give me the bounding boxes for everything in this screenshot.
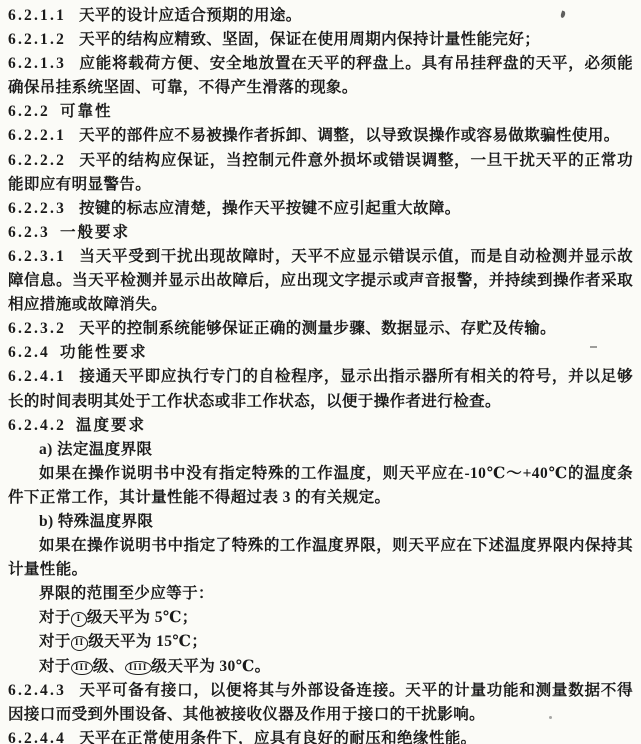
- paragraph-text: 界限的范围至少应等于：: [39, 585, 214, 602]
- clause-text: 天平在正常使用条件下，应具有良好的耐压和绝缘性能。: [79, 730, 477, 744]
- paragraph-limit-range: 界限的范围至少应等于：: [8, 582, 633, 606]
- paragraph-text: a) 法定温度界限: [39, 441, 152, 458]
- clause-6-2-2-1: 6.2.2.1天平的部件应不易被操作者拆卸、调整，以导致误操作或容易做欺骗性使用…: [8, 124, 633, 148]
- clause-text: 天平的设计应适合预期的用途。: [79, 7, 302, 24]
- clause-number: 6.2.1.1: [8, 7, 66, 24]
- clause-number: 6.2.4.2: [8, 417, 66, 434]
- clause-number: 6.2.2.3: [8, 200, 66, 217]
- document-page: 6.2.1.1天平的设计应适合预期的用途。 6.2.1.2天平的结构应精致、坚固…: [0, 0, 641, 744]
- clause-text: 天平的结构应保证，当控制元件意外损坏或错误调整，一旦干扰天平的正常功能即应有明显…: [8, 152, 633, 193]
- class-limit-line-III-IIII: 对于III级、IIII级天平为 30℃。: [8, 655, 633, 679]
- paragraph-special-temp: 如果在操作说明书中指定了特殊的工作温度界限，则天平应在下述温度界限内保持其计量性…: [8, 534, 633, 582]
- clause-number: 6.2.2: [8, 103, 50, 120]
- list-item-a: a) 法定温度界限: [8, 438, 633, 462]
- clause-6-2-2-3: 6.2.2.3按键的标志应清楚，操作天平按键不应引起重大故障。: [8, 197, 633, 221]
- clause-number: 6.2.3.1: [8, 248, 66, 265]
- heading-6-2-2: 6.2.2可靠性: [8, 100, 633, 124]
- paragraph-text: 级天平为 15℃；: [88, 633, 207, 650]
- list-item-b: b) 特殊温度界限: [8, 510, 633, 534]
- heading-6-2-4: 6.2.4功能性要求: [8, 341, 633, 365]
- clause-text: 接通天平即应执行专门的自检程序，显示出指示器所有相关的符号，并以足够长的时间表明…: [8, 368, 633, 409]
- paragraph-text: 如果在操作说明书中没有指定特殊的工作温度，则天平应在-10℃～+40℃的温度条件…: [8, 465, 633, 506]
- clause-number: 6.2.4.4: [8, 730, 66, 744]
- clause-number: 6.2.1.3: [8, 55, 66, 72]
- scan-artifact-dash: [590, 346, 597, 348]
- accuracy-class-I-symbol: I: [71, 612, 87, 627]
- paragraph-text: 如果在操作说明书中指定了特殊的工作温度界限，则天平应在下述温度界限内保持其计量性…: [8, 537, 633, 578]
- paragraph-text: 对于: [39, 609, 71, 626]
- clause-number: 6.2.2.1: [8, 127, 66, 144]
- clause-text: 天平的结构应精致、坚固，保证在使用周期内保持计量性能完好；: [79, 31, 540, 48]
- heading-text: 可靠性: [60, 103, 113, 120]
- clause-text: 当天平受到干扰出现故障时，天平不应显示错误示值，而是自动检测并显示故障信息。当天…: [8, 248, 633, 313]
- scan-artifact-dot: [549, 716, 552, 719]
- clause-number: 6.2.4: [8, 344, 50, 361]
- accuracy-class-IIII-symbol: IIII: [125, 661, 152, 676]
- clause-number: 6.2.3.2: [8, 320, 66, 337]
- heading-text: 功能性要求: [60, 344, 148, 361]
- clause-number: 6.2.3: [8, 224, 50, 241]
- clause-number: 6.2.4.3: [8, 682, 66, 699]
- class-limit-line-II: 对于II级天平为 15℃；: [8, 630, 633, 654]
- heading-text: 温度要求: [76, 417, 146, 434]
- paragraph-text: b) 特殊温度界限: [39, 513, 153, 530]
- clause-number: 6.2.4.1: [8, 368, 66, 385]
- paragraph-text: 级天平为 30℃。: [152, 658, 271, 675]
- clause-6-2-3-2: 6.2.3.2天平的控制系统能够保证正确的测量步骤、数据显示、存贮及传输。: [8, 317, 633, 341]
- clause-number: 6.2.2.2: [8, 152, 66, 169]
- clause-6-2-1-2: 6.2.1.2天平的结构应精致、坚固，保证在使用周期内保持计量性能完好；: [8, 28, 633, 52]
- paragraph-legal-temp: 如果在操作说明书中没有指定特殊的工作温度，则天平应在-10℃～+40℃的温度条件…: [8, 462, 633, 510]
- clause-6-2-1-3: 6.2.1.3应能将载荷方便、安全地放置在天平的秤盘上。具有吊挂秤盘的天平，必须…: [8, 52, 633, 100]
- clause-text: 天平的控制系统能够保证正确的测量步骤、数据显示、存贮及传输。: [79, 320, 556, 337]
- clause-text: 天平可备有接口，以便将其与外部设备连接。天平的计量功能和测量数据不得因接口而受到…: [8, 682, 633, 723]
- clause-6-2-4-4: 6.2.4.4天平在正常使用条件下，应具有良好的耐压和绝缘性能。: [8, 727, 633, 744]
- paragraph-text: 级、: [93, 658, 125, 675]
- heading-text: 一般要求: [60, 224, 130, 241]
- clause-number: 6.2.1.2: [8, 31, 66, 48]
- class-limit-line-I: 对于I级天平为 5℃；: [8, 606, 633, 630]
- accuracy-class-III-symbol: III: [71, 661, 93, 676]
- paragraph-text: 对于: [39, 658, 71, 675]
- clause-text: 按键的标志应清楚，操作天平按键不应引起重大故障。: [79, 200, 461, 217]
- clause-6-2-2-2: 6.2.2.2天平的结构应保证，当控制元件意外损坏或错误调整，一旦干扰天平的正常…: [8, 149, 633, 197]
- clause-6-2-4-1: 6.2.4.1接通天平即应执行专门的自检程序，显示出指示器所有相关的符号，并以足…: [8, 365, 633, 413]
- clause-6-2-1-1: 6.2.1.1天平的设计应适合预期的用途。: [8, 4, 633, 28]
- clause-6-2-4-3: 6.2.4.3天平可备有接口，以便将其与外部设备连接。天平的计量功能和测量数据不…: [8, 679, 633, 727]
- heading-6-2-3: 6.2.3一般要求: [8, 221, 633, 245]
- heading-6-2-4-2: 6.2.4.2温度要求: [8, 414, 633, 438]
- clause-text: 应能将载荷方便、安全地放置在天平的秤盘上。具有吊挂秤盘的天平，必须能确保吊挂系统…: [8, 55, 633, 96]
- paragraph-text: 对于: [39, 633, 71, 650]
- clause-text: 天平的部件应不易被操作者拆卸、调整，以导致误操作或容易做欺骗性使用。: [79, 127, 620, 144]
- clause-6-2-3-1: 6.2.3.1当天平受到干扰出现故障时，天平不应显示错误示值，而是自动检测并显示…: [8, 245, 633, 317]
- accuracy-class-II-symbol: II: [71, 636, 88, 651]
- paragraph-text: 级天平为 5℃；: [87, 609, 198, 626]
